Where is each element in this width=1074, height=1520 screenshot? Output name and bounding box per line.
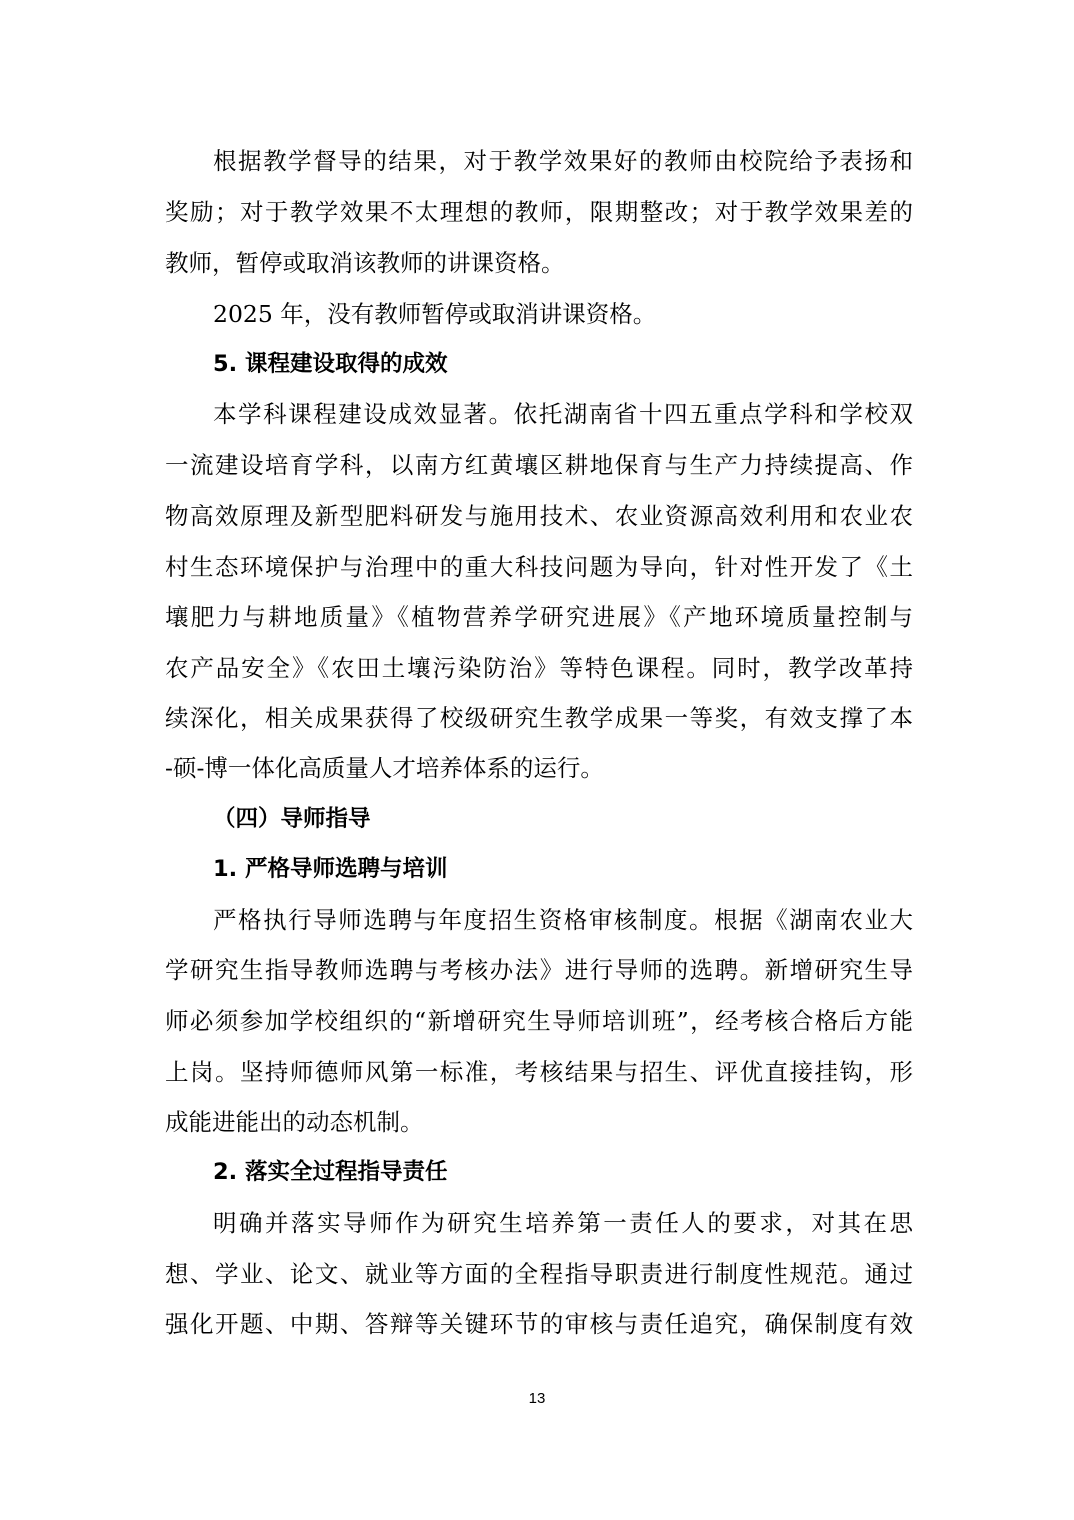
section-heading: （四）导师指导 xyxy=(213,794,913,844)
paragraph-line: 物高效原理及新型肥料研发与施用技术、农业资源高效利用和农业农 xyxy=(165,491,913,541)
paragraph-line: 成能进能出的动态机制。 xyxy=(165,1097,913,1147)
paragraph-line: 2025 年，没有教师暂停或取消讲课资格。 xyxy=(213,289,913,339)
paragraph-line: 续深化，相关成果获得了校级研究生教学成果一等奖，有效支撑了本 xyxy=(165,693,913,743)
paragraph-line: 村生态环境保护与治理中的重大科技问题为导向，针对性开发了《土 xyxy=(165,542,913,592)
section-heading: 2. 落实全过程指导责任 xyxy=(213,1147,913,1197)
paragraph-line: 教师，暂停或取消该教师的讲课资格。 xyxy=(165,238,913,288)
paragraph-line: 师必须参加学校组织的“新增研究生导师培训班”，经考核合格后方能 xyxy=(165,996,913,1046)
paragraph-line: 一流建设培育学科，以南方红黄壤区耕地保育与生产力持续提高、作 xyxy=(165,440,913,490)
paragraph-line: 明确并落实导师作为研究生培养第一责任人的要求，对其在思 xyxy=(213,1198,913,1248)
paragraph-line: 想、学业、论文、就业等方面的全程指导职责进行制度性规范。通过 xyxy=(165,1249,913,1299)
paragraph-line: 农产品安全》《农田土壤污染防治》等特色课程。同时，教学改革持 xyxy=(165,643,913,693)
document-page: 根据教学督导的结果，对于教学效果好的教师由校院给予表扬和奖励；对于教学效果不太理… xyxy=(0,0,1074,1520)
paragraph-line: 学研究生指导教师选聘与考核办法》进行导师的选聘。新增研究生导 xyxy=(165,945,913,995)
paragraph-line: 上岗。坚持师德师风第一标准，考核结果与招生、评优直接挂钩，形 xyxy=(165,1047,913,1097)
paragraph-line: 强化开题、中期、答辩等关键环节的审核与责任追究，确保制度有效 xyxy=(165,1299,913,1349)
section-heading: 1. 严格导师选聘与培训 xyxy=(213,844,913,894)
paragraph-line: 壤肥力与耕地质量》《植物营养学研究进展》《产地环境质量控制与 xyxy=(165,592,913,642)
paragraph-line: -硕-博一体化高质量人才培养体系的运行。 xyxy=(165,743,913,793)
paragraph-line: 本学科课程建设成效显著。依托湖南省十四五重点学科和学校双 xyxy=(213,389,913,439)
page-number: 13 xyxy=(0,1390,1074,1407)
paragraph-line: 奖励；对于教学效果不太理想的教师，限期整改；对于教学效果差的 xyxy=(165,187,913,237)
section-heading: 5. 课程建设取得的成效 xyxy=(213,339,913,389)
paragraph-line: 根据教学督导的结果，对于教学效果好的教师由校院给予表扬和 xyxy=(213,136,913,186)
paragraph-line: 严格执行导师选聘与年度招生资格审核制度。根据《湖南农业大 xyxy=(213,895,913,945)
